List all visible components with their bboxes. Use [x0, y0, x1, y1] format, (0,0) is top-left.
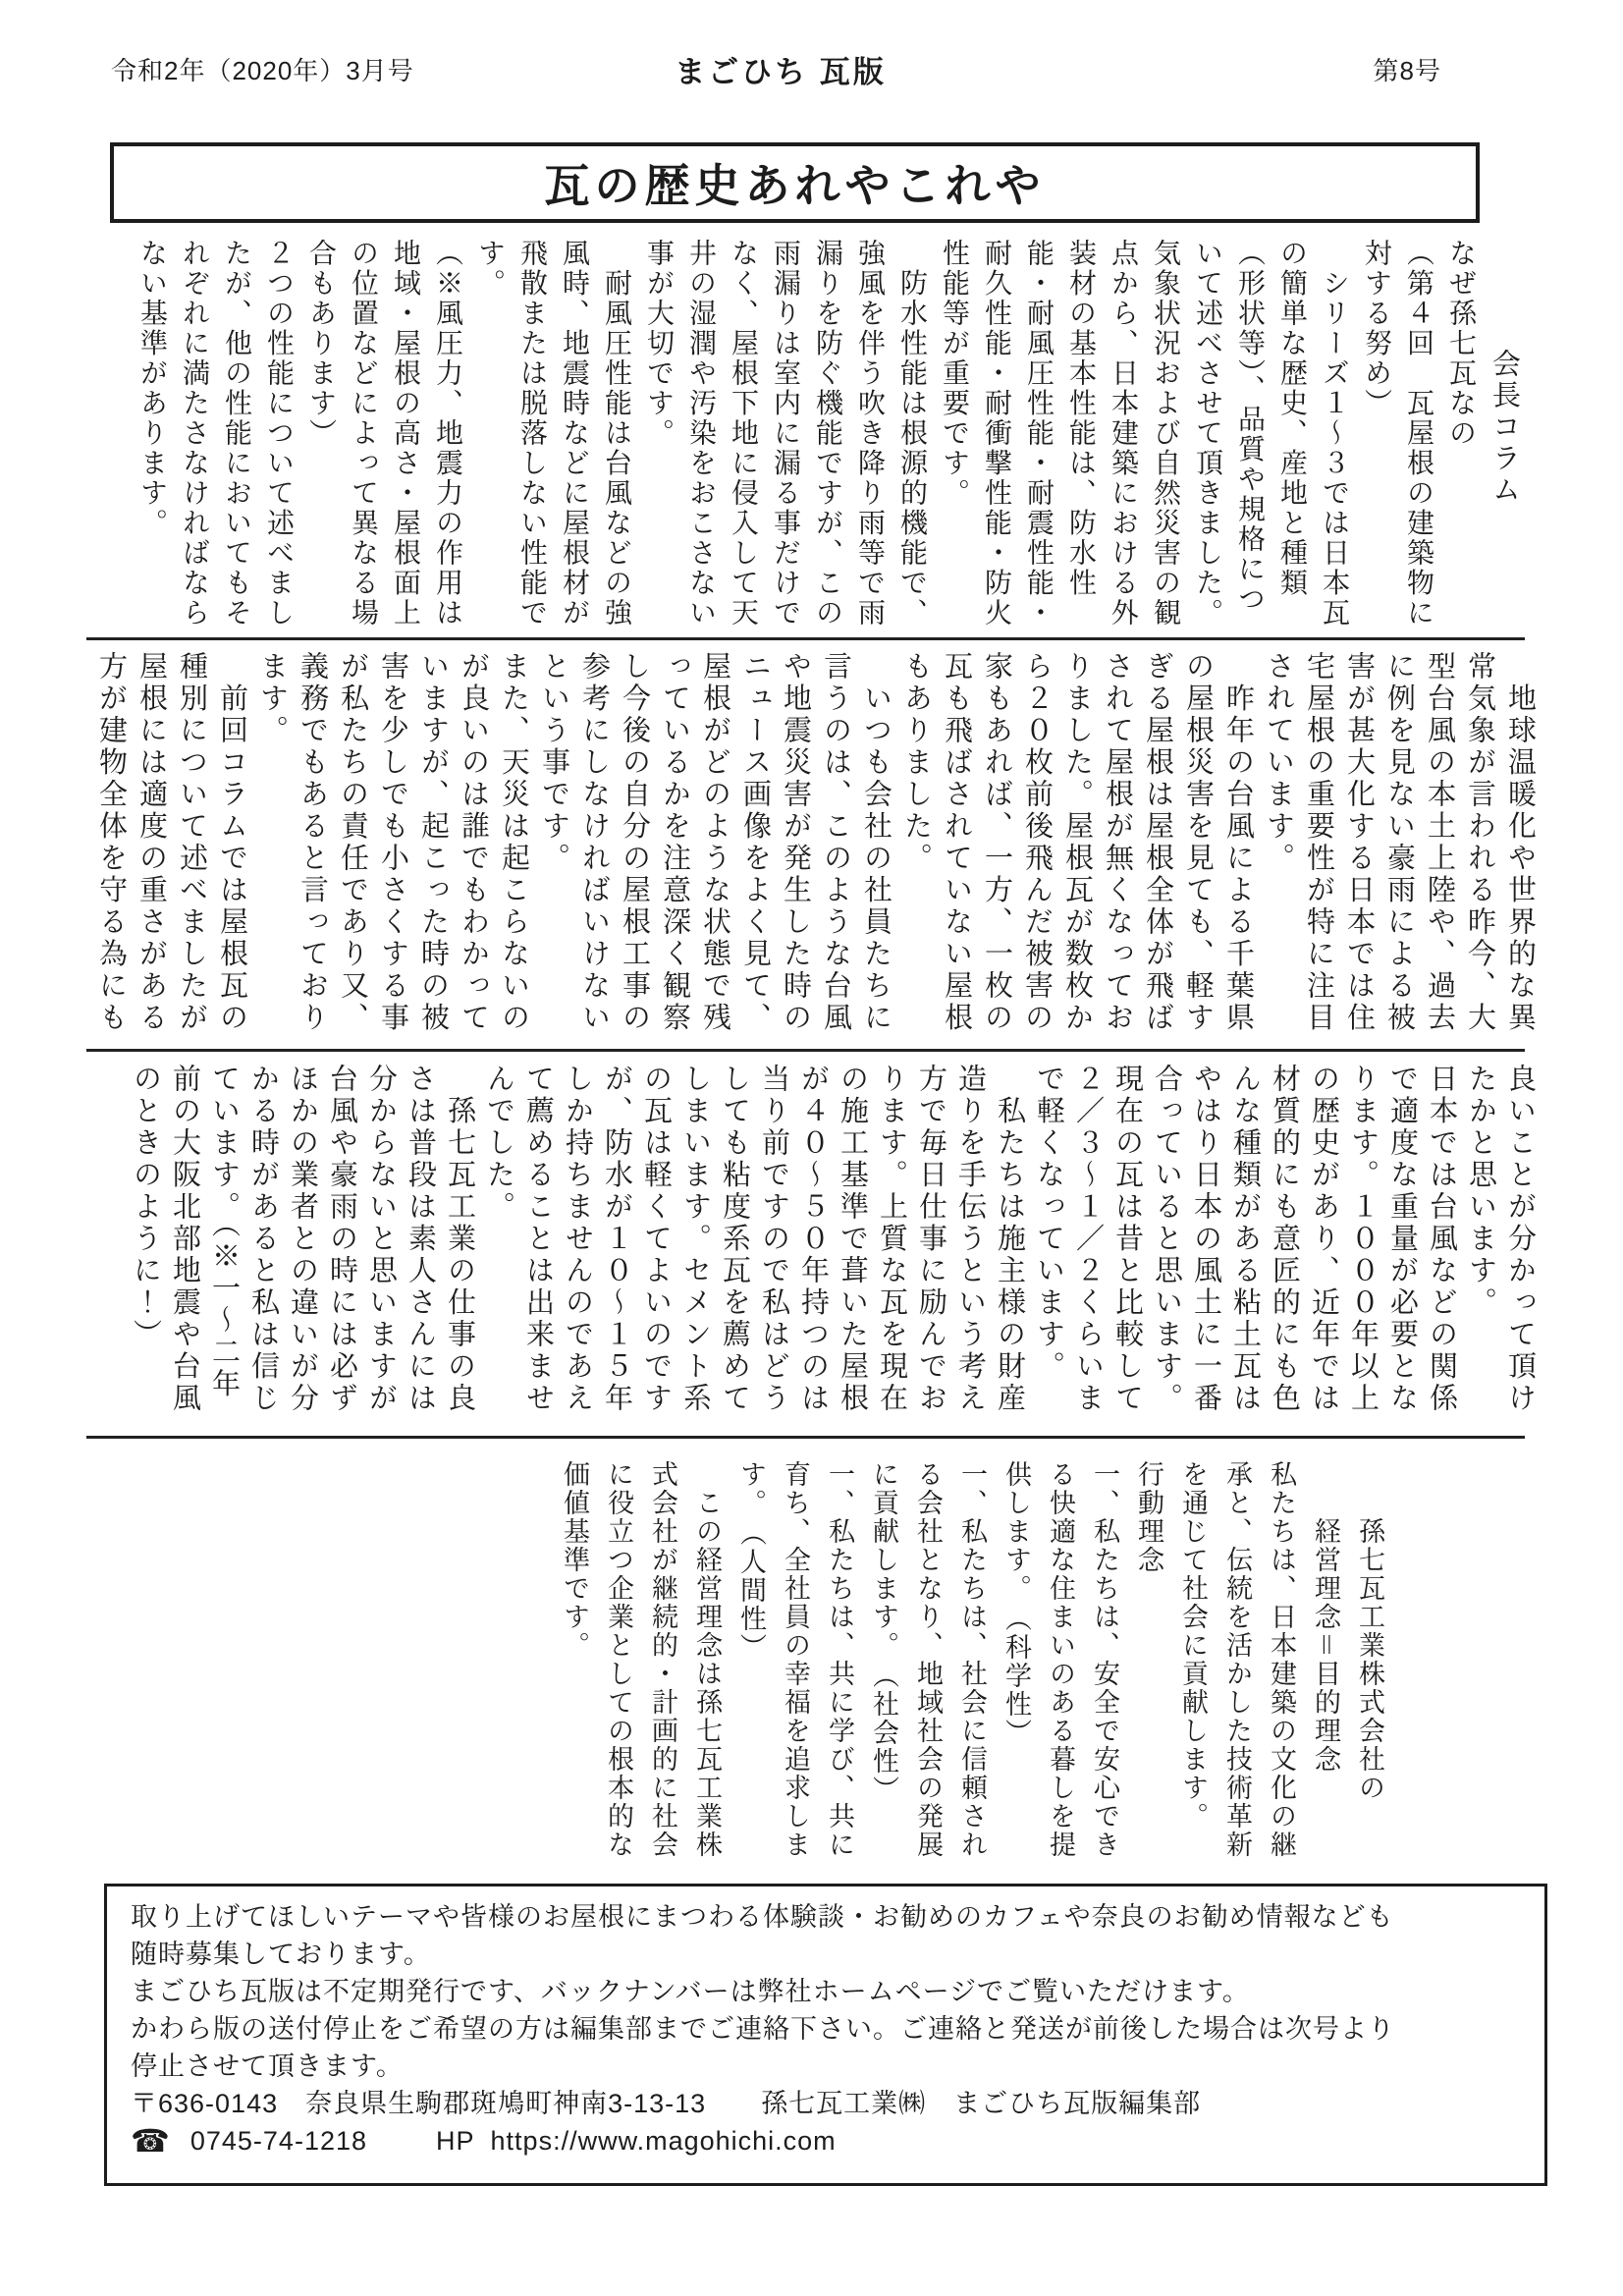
paragraph: 日本では台風などの関係で適度な重量が必要となります。１０００年以上の歴史があり、… — [1029, 1064, 1461, 1419]
paragraph: また、天災は起こらないのが良いのは誰でもわかっていますが、起こった時の被害を少し… — [251, 651, 533, 1036]
homepage-label: HP — [436, 2122, 475, 2159]
paragraph: 一、私たちは、社会に信頼される会社となり、地域社会の発展に貢献します。 （社会性… — [861, 1460, 994, 1885]
contact-line: ☎ 0745-74-1218 HP https://www.magohichi.… — [131, 2122, 1417, 2159]
action-principles-list: 一、私たちは、安全で安心できる快適な住まいのある暮しを提供します。 （科学性）一… — [729, 1460, 1126, 1885]
paragraph: 一、私たちは、安全で安心できる快適な住まいのある暮しを提供します。 （科学性） — [994, 1460, 1126, 1885]
philosophy-section: 孫七瓦工業株式会社の 経営理念＝目的理念 私たちは、日本建築の文化の継承と、伝統… — [83, 1460, 1391, 1885]
newsletter-page: 令和2年（2020年）3月号 まごひち 瓦版 第8号 瓦の歴史あれやこれや 会長… — [0, 0, 1623, 2296]
paragraph: 耐風圧性能は台風などの強風時、地震時などに屋根材が飛散または脱落しない性能です。 — [469, 239, 638, 630]
chairman-column-label: 会長コラム — [1483, 239, 1525, 630]
headline-title: 瓦の歴史あれやこれや — [545, 150, 1046, 215]
philosophy-closing: この経営理念は孫七瓦工業株式会社が継続的・計画的に社会に役立つ企業としての根本的… — [552, 1460, 729, 1885]
paragraph: 一、私たちは、共に学び、共に育ち、全社員の幸福を追求します。 （人間性） — [729, 1460, 861, 1885]
paragraph: いつも会社の社員たちに言うのは、このような台風や地震災害が発生した時のニュース画… — [533, 651, 895, 1036]
paragraph: 〒636-0143 奈良県生駒郡斑鳩町神南3-13-13 孫七瓦工業㈱ まごひち… — [131, 2085, 1417, 2122]
article-band-1: 会長コラム なぜ孫七瓦なの （第４回 瓦屋根の建築物に対する努め） シリーズ１～… — [83, 239, 1525, 630]
homepage-url: https://www.magohichi.com — [491, 2122, 837, 2159]
paragraph: 取り上げてほしいテーマや皆様のお屋根にまつわる体験談・お勧めのカフェや奈良のお勧… — [131, 1898, 1417, 1973]
headline-box: 瓦の歴史あれやこれや — [110, 142, 1480, 223]
paragraph: シリーズ１～３では日本瓦の簡単な歴史、産地と種類（形状等）、品質や規格について述… — [1187, 239, 1356, 630]
paragraph: 防水性能は根源的機能で、強風を伴う吹き降り雨等で雨漏りを防ぐ機能ですが、この雨漏… — [638, 239, 934, 630]
paragraph: かわら版の送付停止をご希望の方は編集部までご連絡下さい。ご連絡と発送が前後した場… — [131, 2010, 1417, 2085]
footer-notes: 取り上げてほしいテーマや皆様のお屋根にまつわる体験談・お勧めのカフェや奈良のお勧… — [131, 1898, 1417, 2122]
section-divider-3 — [86, 1436, 1525, 1439]
section-divider-2 — [86, 1049, 1525, 1052]
article-band-2: 地球温暖化や世界的な異常気象が言われる昨今、大型台風の本土上陸や、過去に例を見な… — [83, 651, 1540, 1036]
section-divider-1 — [86, 637, 1525, 640]
paragraph: 前回コラムでは屋根瓦の種別について述べましたが屋根には適度の重さがある方が建物全… — [90, 651, 251, 1036]
paragraph: なぜ孫七瓦なの （第４回 瓦屋根の建築物に対する努め） — [1356, 239, 1483, 630]
footer-info-box: 取り上げてほしいテーマや皆様のお屋根にまつわる体験談・お勧めのカフェや奈良のお勧… — [104, 1884, 1547, 2186]
issue-number: 第8号 — [1374, 51, 1441, 87]
paragraph: 私たちは施主様の財産造りを手伝うという考え方で毎日仕事に励んでおります。上質な瓦… — [479, 1064, 1029, 1419]
phone-number: 0745-74-1218 — [190, 2122, 367, 2159]
article-band-3: 良いことが分かって頂けたかと思います。日本では台風などの関係で適度な重量が必要と… — [83, 1064, 1540, 1419]
newsletter-name: まごひち 瓦版 — [0, 47, 1561, 91]
action-principles-heading: 行動理念 — [1126, 1460, 1170, 1885]
article-band-1-text: なぜ孫七瓦なの （第４回 瓦屋根の建築物に対する努め） シリーズ１～３では日本瓦… — [132, 239, 1483, 630]
paragraph: 地球温暖化や世界的な異常気象が言われる昨今、大型台風の本土上陸や、過去に例を見な… — [1258, 651, 1540, 1036]
paragraph: ２つの性能について述べましたが、他の性能においてもそれぞれに満たさなければならな… — [132, 239, 300, 630]
philosophy-heading: 孫七瓦工業株式会社の 経営理念＝目的理念 — [1303, 1460, 1391, 1885]
paragraph: （※風圧力、地震力の作用は地域・屋根の高さ・屋根面上の位置などによって異なる場合… — [300, 239, 469, 630]
telephone-icon: ☎ — [131, 2122, 171, 2159]
paragraph: 良いことが分かって頂けたかと思います。 — [1461, 1064, 1540, 1419]
paragraph: 孫七瓦工業の仕事の良さは普段は素人さんには分からないと思いますが台風や豪雨の時に… — [126, 1064, 479, 1419]
paragraph: 気象状況および自然災害の観点から、日本建築における外装材の基本性能は、防水性能・… — [934, 239, 1187, 630]
philosophy-mission: 私たちは、日本建築の文化の継承と、伝統を活かした技術革新を通じて社会に貢献します… — [1170, 1460, 1303, 1885]
paragraph: 昨年の台風による千葉県の屋根災害を見ても、軽すぎる屋根は屋根全体が飛ばされて屋根… — [895, 651, 1258, 1036]
paragraph: まごひち瓦版は不定期発行です、バックナンバーは弊社ホームページでご覧いただけます… — [131, 1973, 1417, 2010]
